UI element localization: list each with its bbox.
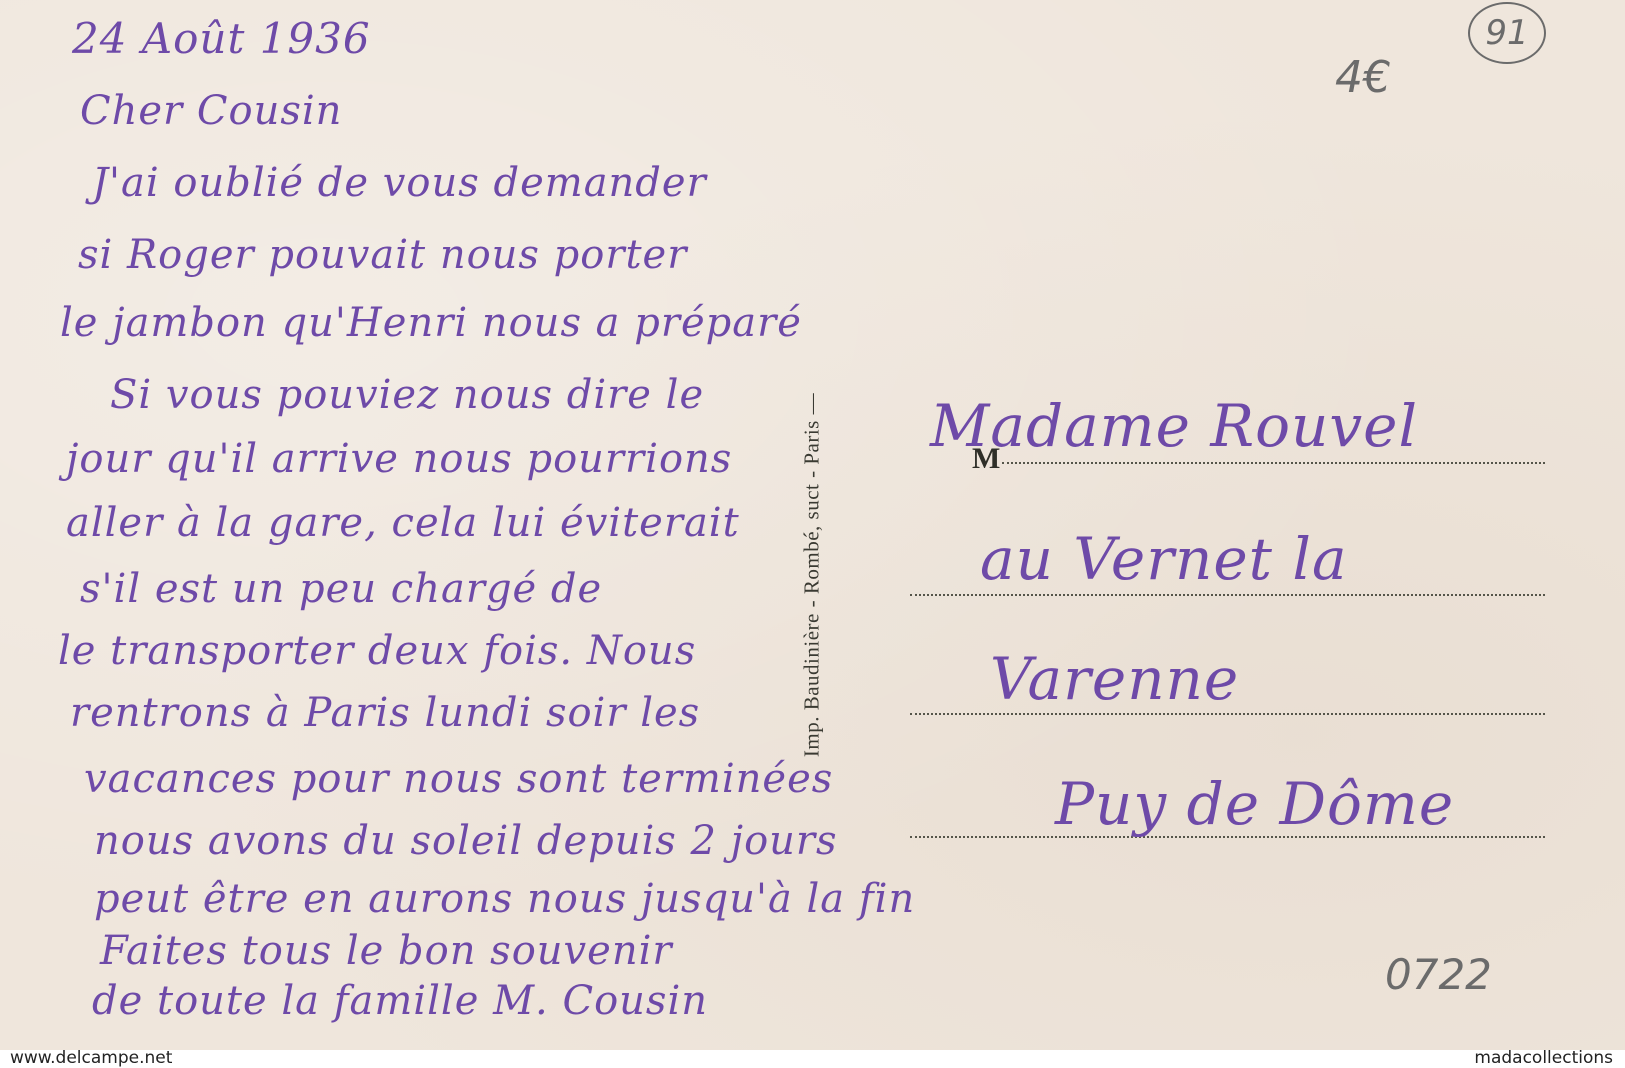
price-note: 4€ [1335, 52, 1391, 103]
watermark-madacollections: madacollections [1474, 1048, 1613, 1068]
address-rule [910, 594, 1545, 596]
department-number: 91 [1485, 13, 1528, 53]
message-line: aller à la gare, cela lui éviterait [66, 500, 740, 546]
postcard-back: 24 Août 1936 Cher Cousin J'ai oublié de … [0, 0, 1625, 1050]
address-line-town: Varenne [990, 645, 1239, 713]
address-rule [910, 713, 1545, 715]
message-line: rentrons à Paris lundi soir les [70, 690, 700, 736]
date-line: 24 Août 1936 [72, 14, 371, 63]
message-line: peut être en aurons nous jusqu'à la fin [94, 876, 915, 922]
address-line-locality: au Vernet la [980, 525, 1348, 593]
message-line: Si vous pouviez nous dire le [110, 372, 704, 418]
message-line: s'il est un peu chargé de [80, 566, 602, 612]
message-line: jour qu'il arrive nous pourrions [66, 436, 732, 482]
message-line: le jambon qu'Henri nous a préparé [60, 300, 802, 346]
message-line: le transporter deux fois. Nous [58, 628, 696, 674]
message-line: J'ai oublié de vous demander [92, 160, 707, 206]
address-line-name: Madame Rouvel [930, 392, 1418, 460]
watermark-delcampe: www.delcampe.net [10, 1048, 172, 1068]
message-line: si Roger pouvait nous porter [78, 232, 687, 278]
message-line: nous avons du soleil depuis 2 jours [94, 818, 838, 864]
printer-imprint: Imp. Baudinière - Rombé, suct - Paris — [800, 393, 825, 757]
address-rule [1002, 462, 1545, 464]
message-line: Cher Cousin [80, 88, 342, 134]
address-line-department: Puy de Dôme [1055, 770, 1454, 838]
message-line: Faites tous le bon souvenir [100, 928, 673, 974]
message-line: vacances pour nous sont terminées [84, 756, 833, 802]
reference-number: 0722 [1385, 950, 1492, 999]
signature-line: de toute la famille M. Cousin [92, 978, 708, 1024]
department-circle: 91 [1468, 2, 1546, 64]
